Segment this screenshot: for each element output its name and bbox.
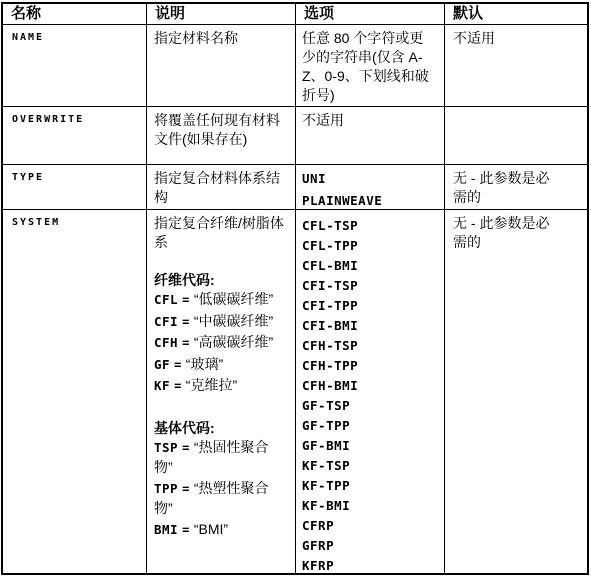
type-row-description-cell: 指定复合材料体系结构 <box>147 165 296 210</box>
name-row-default-cell: 不适用 <box>445 25 587 107</box>
param-label: SYSTEM <box>3 210 146 228</box>
fiber-codes-label: 纤维代码: <box>154 271 287 290</box>
matrix-code-line: BMI=“BMI” <box>154 520 287 541</box>
option-code: CFI-TPP <box>302 296 429 316</box>
option-code: KF-TPP <box>302 476 429 496</box>
matrix-code-line: TPP=“热塑性聚合物” <box>154 479 287 519</box>
name-row-options-cell: 任意 80 个字符或更少的字符串(仅含 A-Z、0-9、下划线和破折号) <box>296 25 445 107</box>
overwrite-row-options-cell: 不适用 <box>296 107 445 165</box>
options-text: 任意 80 个字符或更少的字符串(仅含 A-Z、0-9、下划线和破折号) <box>302 29 429 105</box>
description-text: 指定复合纤维/树脂体系 <box>154 214 287 252</box>
option-code: CFI-BMI <box>302 316 429 336</box>
type-row-param-cell: TYPE <box>3 165 147 210</box>
system-row-description-cell: 指定复合纤维/树脂体系 纤维代码: CFL=“低碳碳纤维” CFI=“中碳碳纤维… <box>147 210 296 573</box>
overwrite-row-param-cell: OVERWRITE <box>3 107 147 165</box>
option-code: CFI-TSP <box>302 276 429 296</box>
option-code: CFL-BMI <box>302 256 429 276</box>
option-code: KF-BMI <box>302 496 429 516</box>
option-code: CFH-TPP <box>302 356 429 376</box>
option-code: UNI <box>302 169 429 189</box>
type-row-options-cell: UNI PLAINWEAVE <box>296 165 445 210</box>
option-code: PLAINWEAVE <box>302 191 429 210</box>
param-label: OVERWRITE <box>3 107 146 125</box>
option-code: GFRP <box>302 536 429 556</box>
description-text: 将覆盖任何现有材料文件(如果存在) <box>154 111 287 149</box>
name-row-param-cell: NAME <box>3 25 147 107</box>
fiber-code-line: KF=“克维拉” <box>154 376 287 397</box>
option-code: KFRP <box>302 556 429 573</box>
system-row-options-cell: CFL-TSP CFL-TPP CFL-BMI CFI-TSP CFI-TPP … <box>296 210 445 573</box>
default-text: 无 - 此参数是必需的 <box>453 169 553 207</box>
name-row-description-cell: 指定材料名称 <box>147 25 296 107</box>
option-code: CFH-BMI <box>302 376 429 396</box>
param-label: TYPE <box>3 165 146 183</box>
overwrite-row-description-cell: 将覆盖任何现有材料文件(如果存在) <box>147 107 296 165</box>
option-code: GF-TSP <box>302 396 429 416</box>
default-text: 无 - 此参数是必需的 <box>453 214 553 252</box>
default-text: 不适用 <box>453 29 553 48</box>
material-parameters-table: 名称 说明 选项 默认 NAME 指定材料名称 任意 80 个字符或更少的字符串… <box>1 2 589 575</box>
system-row-param-cell: SYSTEM <box>3 210 147 573</box>
description-text: 指定复合材料体系结构 <box>154 169 287 207</box>
type-row-default-cell: 无 - 此参数是必需的 <box>445 165 587 210</box>
option-code: CFRP <box>302 516 429 536</box>
options-text: 不适用 <box>302 111 429 130</box>
header-name: 名称 <box>3 4 147 25</box>
fiber-code-line: CFH=“高碳碳纤维” <box>154 333 287 354</box>
option-code: KF-TSP <box>302 456 429 476</box>
header-options: 选项 <box>296 4 445 25</box>
header-description: 说明 <box>147 4 296 25</box>
option-code: GF-TPP <box>302 416 429 436</box>
matrix-codes-label: 基体代码: <box>154 419 287 438</box>
option-code: GF-BMI <box>302 436 429 456</box>
fiber-code-line: CFL=“低碳碳纤维” <box>154 290 287 311</box>
option-code: CFL-TPP <box>302 236 429 256</box>
matrix-code-line: TSP=“热固性聚合物” <box>154 438 287 478</box>
option-code: CFL-TSP <box>302 216 429 236</box>
overwrite-row-default-cell <box>445 107 587 165</box>
system-row-default-cell: 无 - 此参数是必需的 <box>445 210 587 573</box>
header-default: 默认 <box>445 4 587 25</box>
param-label: NAME <box>3 25 146 43</box>
description-text: 指定材料名称 <box>154 29 287 48</box>
option-code: CFH-TSP <box>302 336 429 356</box>
fiber-code-line: GF=“玻璃” <box>154 355 287 376</box>
fiber-code-line: CFI=“中碳碳纤维” <box>154 312 287 333</box>
